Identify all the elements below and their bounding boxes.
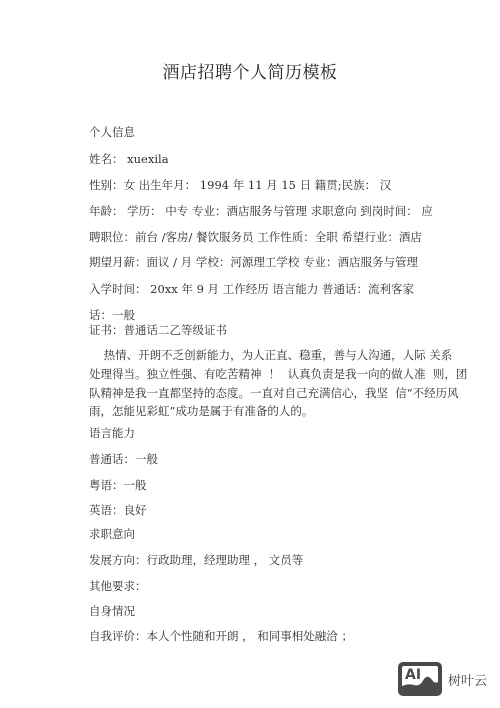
section-heading-self: 自身情况 xyxy=(89,603,135,619)
other-requirements-line: 其他要求： xyxy=(89,578,147,594)
dialect-line: 话：一般 xyxy=(89,307,135,323)
ai-image-icon: AI xyxy=(398,662,442,696)
watermark-text: 树叶云 xyxy=(448,670,487,689)
section-heading-personal-info: 个人信息 xyxy=(89,124,135,140)
paragraph-line-2: 处理得当。独立性强、有吃苦精神 ！ 认真负责是我一向的做人准 则，团 xyxy=(89,366,467,382)
enrollment-line: 入学时间： 20xx 年 9 月 工作经历 语言能力 普通话：流利客家 xyxy=(89,281,414,297)
paragraph-line-4: 雨，怎能见彩虹”成功是属于有准备的人的。 xyxy=(89,403,313,419)
name-line: 姓名： xuexila xyxy=(89,151,169,167)
age-education-line: 年龄： 学历： 中专 专业：酒店服务与管理 求职意向 到岗时间： 应 xyxy=(89,203,433,219)
gender-birth-line: 性别：女 出生年月： 1994 年 11 月 15 日 籍贯;民族： 汉 xyxy=(89,177,391,193)
document-title: 酒店招聘个人简历模板 xyxy=(0,58,500,83)
paragraph-line-3: 队精神是我一直都坚持的态度。一直对自己充满信心，我坚 信“不经历风 xyxy=(89,385,459,401)
certificate-line: 证书：普通话二乙等级证书 xyxy=(89,322,227,338)
section-heading-job-intent: 求职意向 xyxy=(89,526,135,542)
cantonese-line: 粤语：一般 xyxy=(89,477,147,493)
position-line: 聘职位：前台 /客房/ 餐饮服务员 工作性质：全职 希望行业：酒店 xyxy=(89,229,422,245)
watermark: AI 树叶云 xyxy=(398,662,487,696)
english-line: 英语：良好 xyxy=(89,502,147,518)
career-direction-line: 发展方向：行政助理，经理助理 ， 文员等 xyxy=(89,552,303,568)
mandarin-line: 普通话：一般 xyxy=(89,451,158,467)
self-evaluation-line: 自我评价：本人个性随和开朗 ， 和同事相处融洽 ； xyxy=(89,628,353,644)
salary-school-line: 期望月薪：面议 / 月 学校：河源理工学校 专业：酒店服务与管理 xyxy=(89,254,418,270)
paragraph-line-1: 热情、开朗不乏创新能力，为人正直、稳重，善与人沟通，人际 关系 xyxy=(89,347,452,363)
section-heading-language: 语言能力 xyxy=(89,425,135,441)
